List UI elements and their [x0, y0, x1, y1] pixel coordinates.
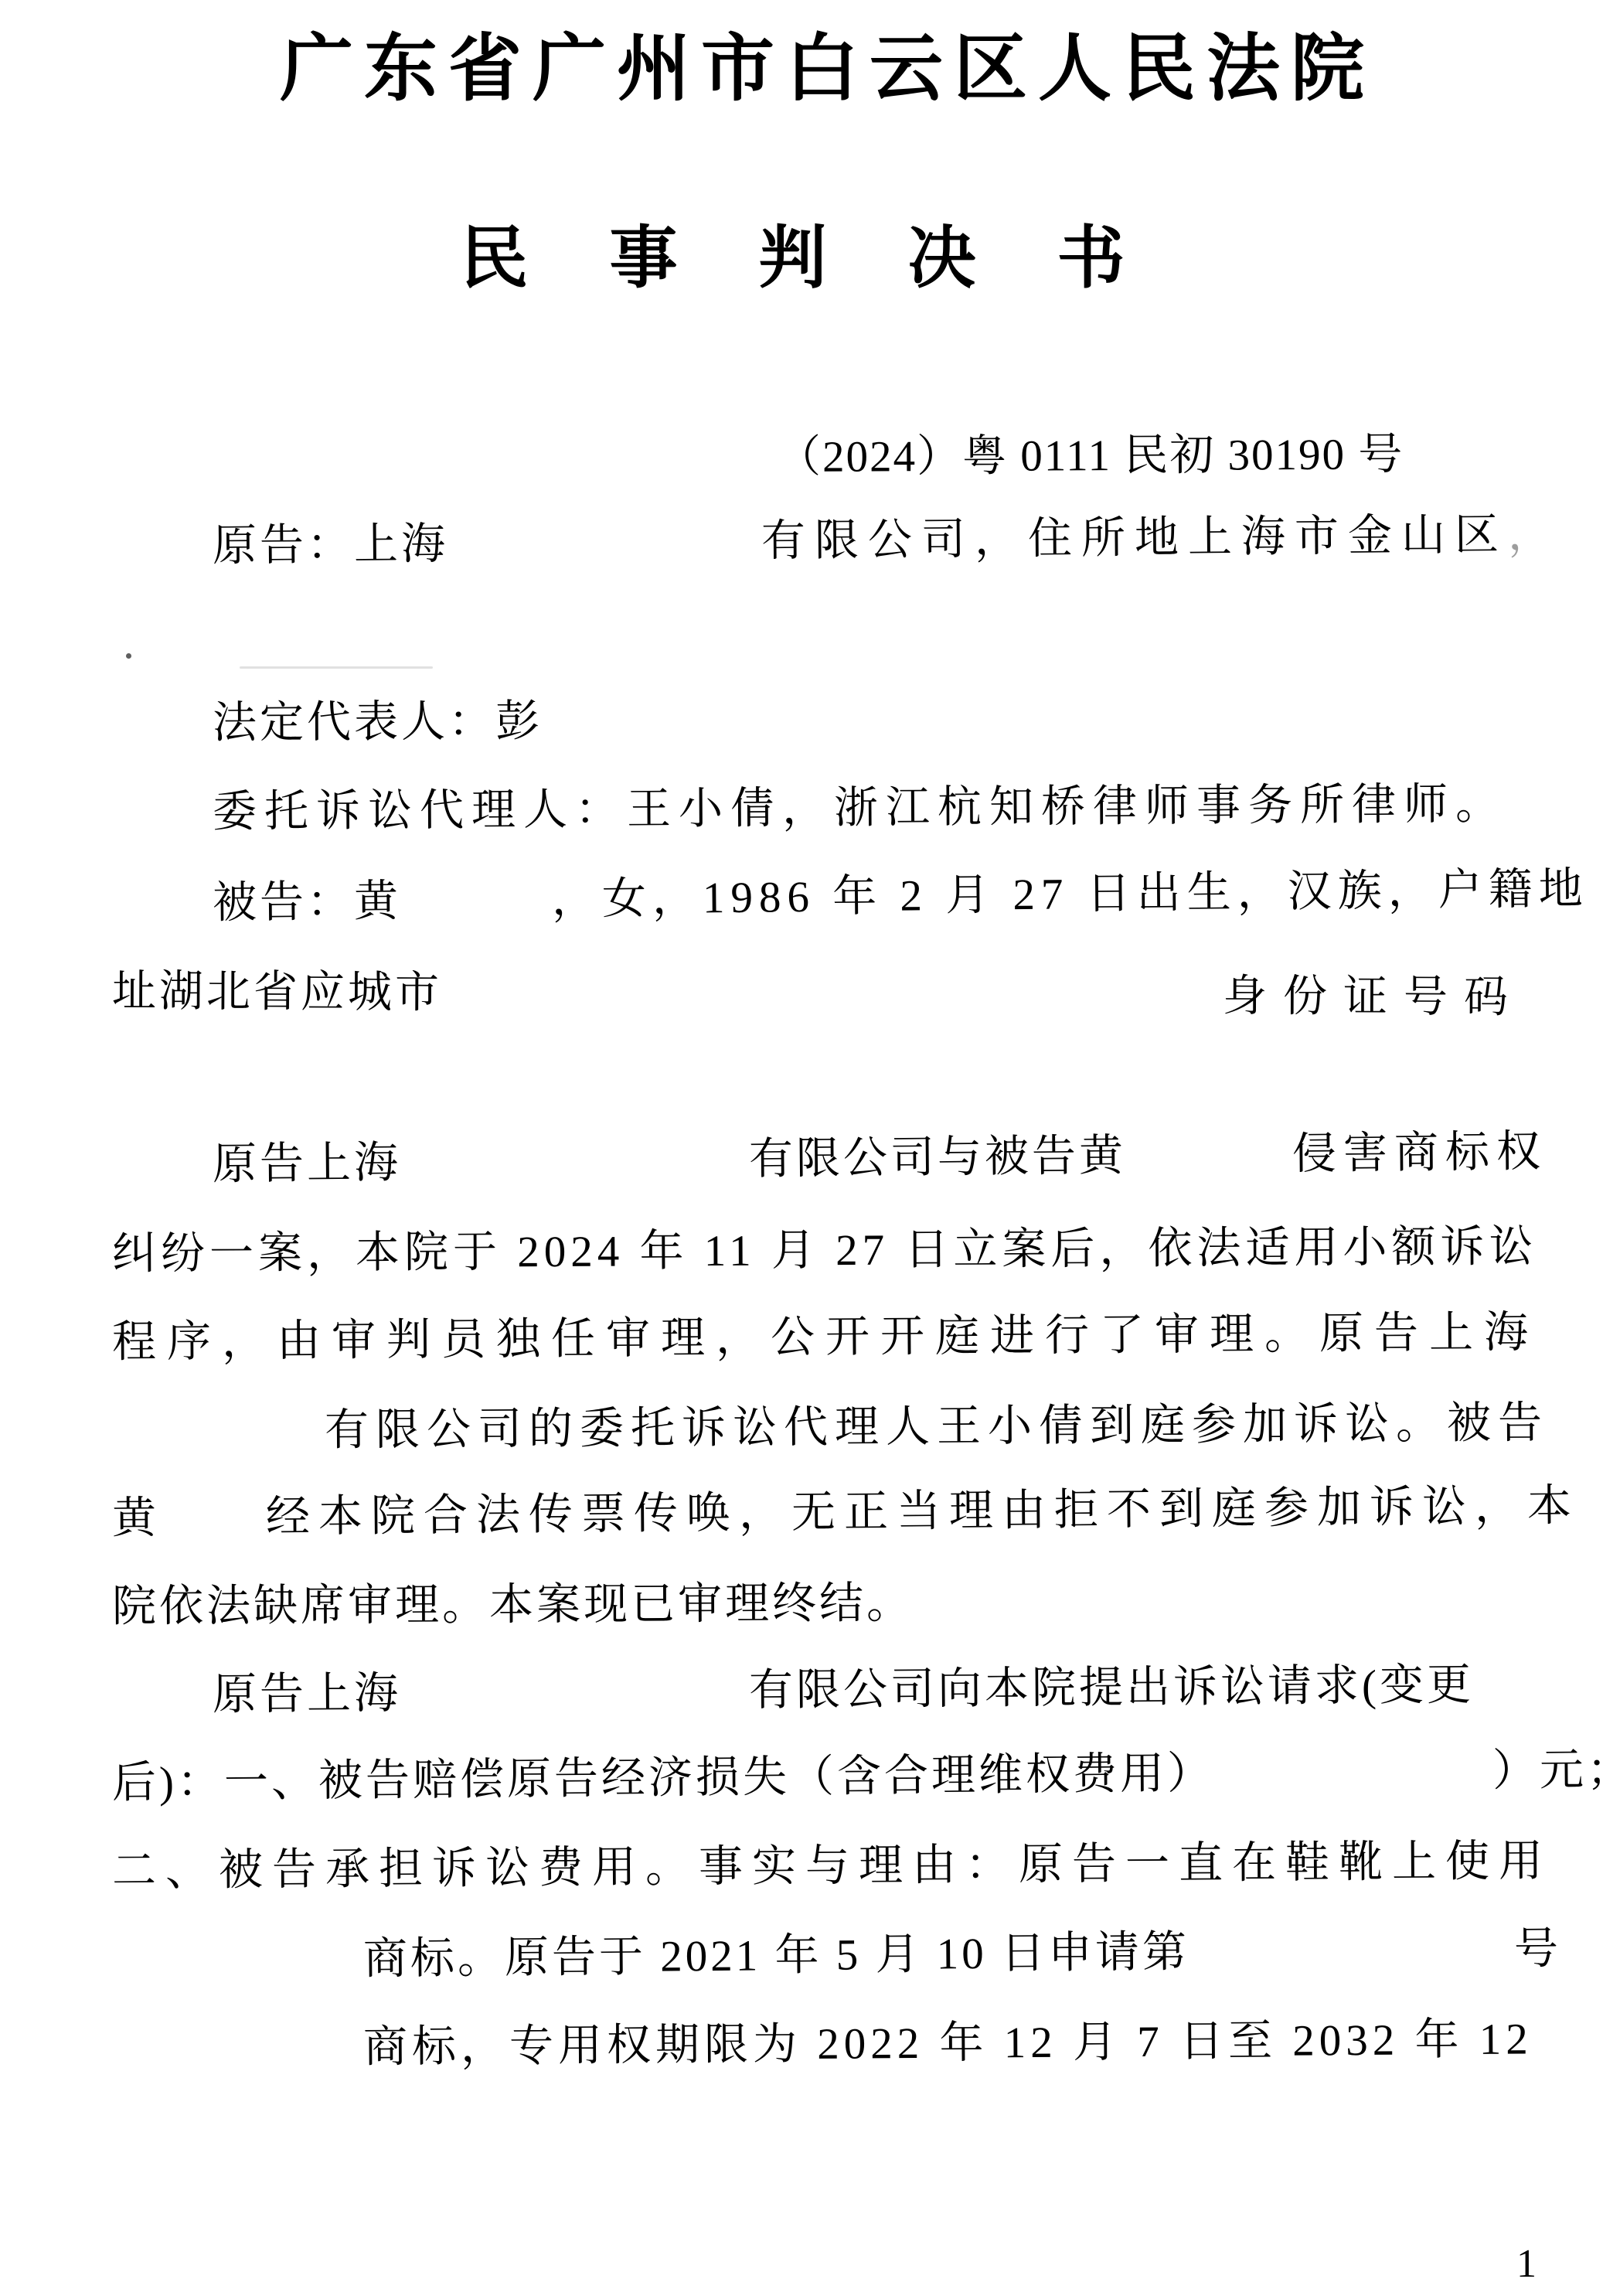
body-paragraph2-line1: 原告上海有限公司向本院提出诉讼请求(变更 [213, 1663, 1474, 1717]
redaction-gap [1126, 1168, 1292, 1170]
redaction-remnant-comma: ， [1508, 510, 1556, 560]
p1l1-part2: 有限公司与被告黄 [749, 1132, 1127, 1184]
defendant-suffix-text: ，女，1986 年 2 月 27 日出生，汉族，户籍地 [552, 864, 1589, 924]
body-paragraph2-line3: 二、被告承担诉讼费用。事实与理由：原告一直在鞋靴上使用 [112, 1839, 1552, 1893]
redaction-gap [401, 913, 552, 915]
defendant-line: 被告：黄，女，1986 年 2 月 27 日出生，汉族，户籍地 [213, 867, 1589, 925]
p1l1-part1: 原告上海 [213, 1139, 402, 1189]
redaction-gap [401, 1705, 749, 1708]
p2l1-part1: 原告上海 [213, 1669, 401, 1719]
p2l4-part2: 号 [1514, 1924, 1562, 1974]
body-paragraph1-line2: 纠纷一案，本院于 2024 年 11 月 27 日立案后，依法适用小额诉讼 [112, 1225, 1538, 1276]
body-paragraph1-line1: 原告上海有限公司与被告黄侵害商标权 [213, 1129, 1547, 1187]
attorney-line: 委托诉讼代理人：王小倩，浙江杭知桥律师事务所律师。 [213, 782, 1507, 834]
body-paragraph2-line2: 后)：一、被告赔偿原告经济损失（含合理维权费用））元； [112, 1748, 1620, 1805]
scan-artifact-dot [126, 653, 131, 659]
body-paragraph1-line3: 程序，由审判员独任审理，公开开庭进行了审理。原告上海 [112, 1310, 1539, 1364]
plaintiff-suffix-text: 有限公司，住所地上海市金山区 [761, 510, 1509, 565]
p2l2-part1: 后)：一、被告赔偿原告经济损失（含合理维权费用） [112, 1749, 1214, 1807]
body-paragraph2-line5: 商标，专用权期限为 2022 年 12 月 7 日至 2032 年 12 [363, 2017, 1533, 2069]
redaction-gap [159, 1531, 266, 1532]
case-number: （2024）粤 0111 民初 30190 号 [777, 432, 1404, 479]
judgment-document-page: 广东省广州市白云区人民法院 民事判决书 （2024）粤 0111 民初 3019… [0, 0, 1620, 2296]
defendant-address-line: 址湖北省应城市身份证号码 [112, 969, 1524, 1020]
p1l5-part2: 经本院合法传票传唤，无正当理由拒不到庭参加诉讼，本 [266, 1481, 1580, 1541]
legal-representative-line: 法定代表人：彭 [213, 700, 543, 745]
redaction-gap [401, 1173, 749, 1177]
document-type-title: 民事判决书 [0, 226, 1620, 294]
defendant-address-text: 址湖北省应城市 [112, 967, 442, 1017]
plaintiff-line: 原告：上海有限公司，住所地上海市金山区， [213, 513, 1555, 568]
p2l2-part2: ）元； [1492, 1746, 1620, 1796]
body-paragraph2-line4: 商标。原告于 2021 年 5 月 10 日申请第号 [363, 1926, 1561, 1981]
scan-artifact-streak [240, 666, 433, 669]
id-number-label: 身份证号码 [1223, 972, 1524, 1022]
defendant-prefix-text: 被告：黄 [213, 877, 402, 928]
redaction-gap [448, 555, 761, 559]
body-paragraph1-line5: 黄经本院合法传票传唤，无正当理由拒不到庭参加诉讼，本 [112, 1484, 1580, 1541]
body-paragraph1-line6: 院依法缺席审理。本案现已审理终结。 [112, 1581, 914, 1629]
page-number: 1 [1516, 2244, 1537, 2284]
plaintiff-prefix-text: 原告：上海 [213, 519, 449, 571]
redaction-gap [1214, 1784, 1492, 1787]
p1l1-part3: 侵害商标权 [1292, 1127, 1548, 1178]
redaction-gap [1189, 1963, 1514, 1967]
p1l5-part1: 黄 [112, 1494, 160, 1543]
body-paragraph1-line4: 有限公司的委托诉讼代理人王小倩到庭参加诉讼。被告 [325, 1401, 1549, 1453]
p2l4-part1: 商标。原告于 2021 年 5 月 10 日申请第 [363, 1928, 1190, 1984]
p2l1-part2: 有限公司向本院提出诉讼请求(变更 [749, 1661, 1474, 1715]
redaction-gap [442, 1007, 1223, 1010]
court-name-title: 广东省广州市白云区人民法院 [0, 32, 1620, 106]
